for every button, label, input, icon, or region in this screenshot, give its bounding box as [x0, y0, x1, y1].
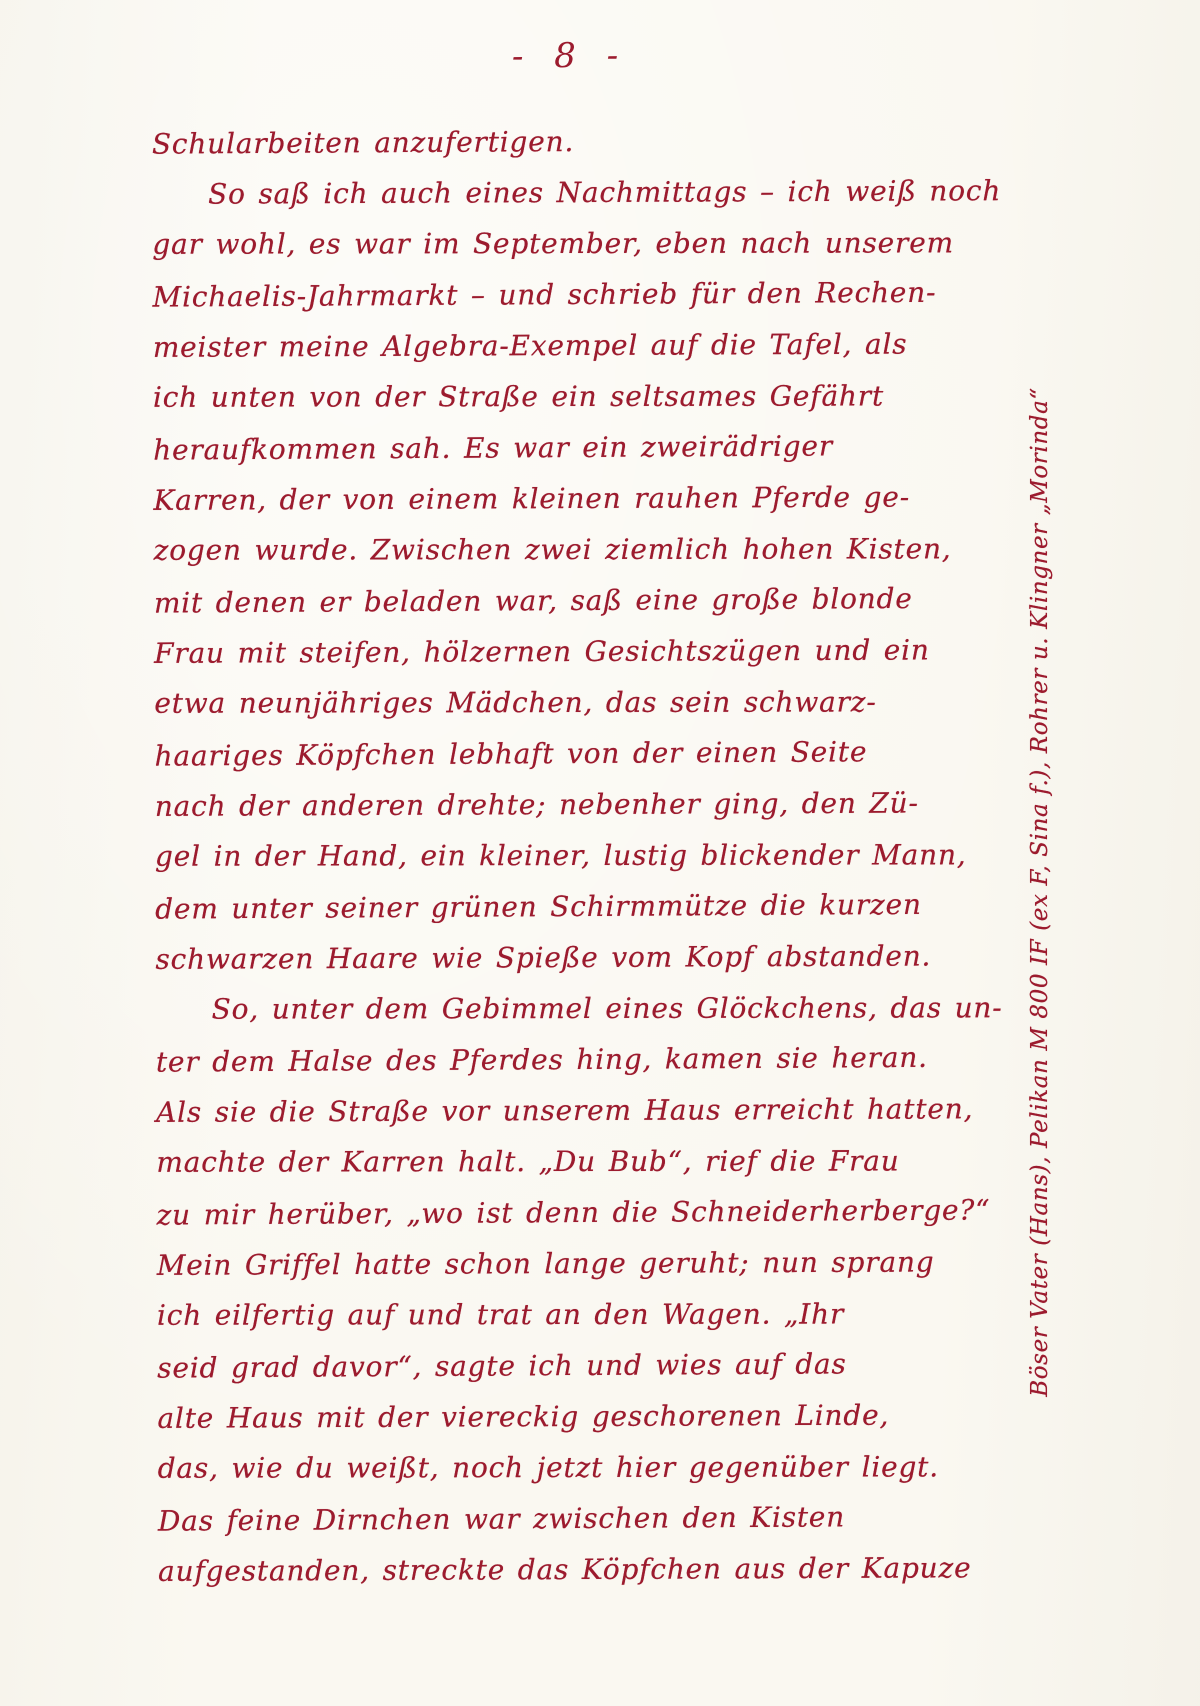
manuscript-text: Schularbeiten anzufertigen.So saß ich au… [152, 114, 1006, 1597]
manuscript-line: Schularbeiten anzufertigen. [152, 113, 1000, 169]
manuscript-line: Michaelis-Jahrmarkt – und schrieb für de… [152, 266, 1000, 322]
manuscript-line: seid grad davor“, sagte ich und wies auf… [157, 1337, 1005, 1393]
manuscript-line: ter dem Halse des Pferdes hing, kamen si… [156, 1031, 1004, 1087]
manuscript-line: Das feine Dirnchen war zwischen den Kist… [158, 1490, 1006, 1546]
manuscript-line: Karren, der von einem kleinen rauhen Pfe… [153, 471, 1001, 526]
manuscript-line: gar wohl, es war im September, eben nach… [152, 217, 1000, 269]
manuscript-page: - 8 - Schularbeiten anzufertigen.So saß … [0, 0, 1200, 1706]
manuscript-line: heraufkommen sah. Es war ein zweirädrige… [153, 419, 1001, 475]
right-margin: Böser Vater (Hans), Pelikan M 800 IF (ex… [1000, 0, 1080, 1706]
margin-note-pen-ink: Böser Vater (Hans), Pelikan M 800 IF (ex… [1018, 267, 1062, 1517]
manuscript-line: So, unter dem Gebimmel eines Glöckchens,… [156, 982, 1004, 1034]
manuscript-line: ich unten von der Straße ein seltsames G… [153, 370, 1001, 422]
manuscript-line: Mein Griffel hatte schon lange geruht; n… [157, 1236, 1005, 1291]
manuscript-line: zu mir herüber, „wo ist denn die Schneid… [156, 1184, 1004, 1240]
manuscript-line: aufgestanden, streckte das Köpfchen aus … [158, 1542, 1006, 1597]
manuscript-line: schwarzen Haare wie Spieße vom Kopf abst… [155, 930, 1003, 985]
manuscript-line: Frau mit steifen, hölzernen Gesichtszüge… [154, 624, 1002, 679]
manuscript-line: haariges Köpfchen lebhaft von der einen … [154, 725, 1002, 781]
manuscript-line: dem unter seiner grünen Schirmmütze die … [155, 878, 1003, 934]
manuscript-line: das, wie du weißt, noch jetzt hier gegen… [158, 1441, 1006, 1493]
manuscript-line: Als sie die Straße vor unserem Haus erre… [156, 1083, 1004, 1138]
manuscript-line: ich eilfertig auf und trat an den Wagen.… [157, 1288, 1005, 1340]
manuscript-line: etwa neunjähriges Mädchen, das sein schw… [154, 676, 1002, 728]
manuscript-line: nach der anderen drehte; nebenher ging, … [155, 777, 1003, 832]
manuscript-line: zogen wurde. Zwischen zwei ziemlich hohe… [154, 523, 1002, 575]
manuscript-line: gel in der Hand, ein kleiner, lustig bli… [155, 829, 1003, 881]
manuscript-line: So saß ich auch eines Nachmittags – ich … [152, 165, 1000, 220]
manuscript-line: meister meine Algebra-Exempel auf die Ta… [153, 318, 1001, 373]
manuscript-line: mit denen er beladen war, saß eine große… [154, 572, 1002, 628]
page-number: - 8 - [150, 32, 990, 79]
manuscript-line: alte Haus mit der viereckig geschorenen … [157, 1389, 1005, 1444]
manuscript-line: machte der Karren halt. „Du Bub“, rief d… [156, 1135, 1004, 1187]
